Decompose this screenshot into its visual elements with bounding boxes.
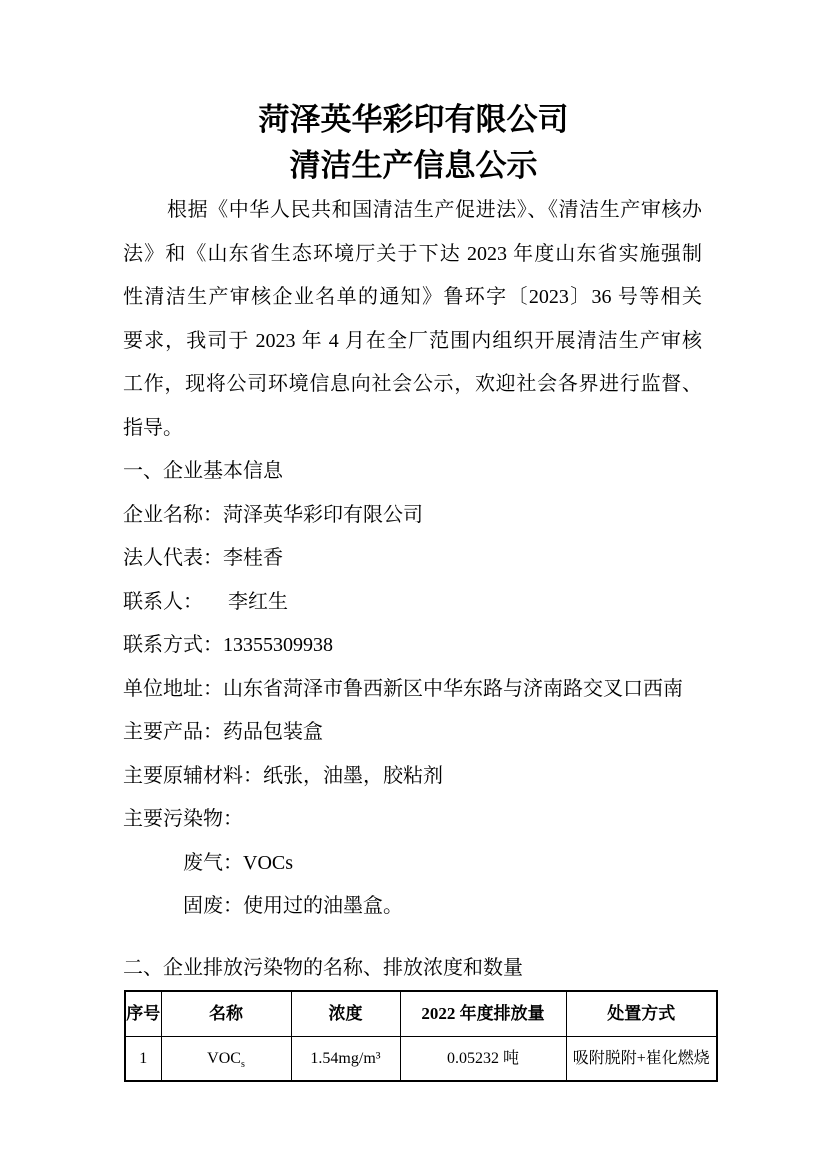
basic-info-section: 一、企业基本信息 企业名称：菏泽英华彩印有限公司 法人代表：李桂香 联系人： 李… xyxy=(123,450,722,929)
cell-emission-2022: 0.05232 吨 xyxy=(400,1036,566,1081)
info-line-contact-person: 联系人： 李红生 xyxy=(123,581,722,625)
intro-line-5: 工作，现将公司环境信息向社会公示，欢迎社会各界进行监督、 xyxy=(123,363,702,407)
emissions-table-header-row: 序号 名称 浓度 2022 年度排放量 处置方式 xyxy=(125,991,717,1036)
info-line-company-name: 企业名称：菏泽英华彩印有限公司 xyxy=(123,494,722,538)
intro-paragraph: 根据《中华人民共和国清洁生产促进法》、《清洁生产审核办 法》和《山东省生态环境厅… xyxy=(123,189,702,450)
emissions-heading: 二、企业排放污染物的名称、排放浓度和数量 xyxy=(123,947,722,991)
cell-treatment: 吸附脱附+崔化燃烧 xyxy=(566,1036,717,1081)
cell-concentration: 1.54mg/m³ xyxy=(291,1036,400,1081)
cell-index: 1 xyxy=(125,1036,161,1081)
document-page: 菏泽英华彩印有限公司 清洁生产信息公示 根据《中华人民共和国清洁生产促进法》、《… xyxy=(0,0,827,1169)
info-line-contact-phone: 联系方式：13355309938 xyxy=(123,624,722,668)
col-header-name: 名称 xyxy=(161,991,291,1036)
document-subtitle: 清洁生产信息公示 xyxy=(0,143,827,189)
emissions-table-row: 1 VOCs 1.54mg/m³ 0.05232 吨 吸附脱附+崔化燃烧 xyxy=(125,1036,717,1081)
pollutant-line-solid-waste: 固废：使用过的油墨盒。 xyxy=(123,885,722,929)
document-title-block: 菏泽英华彩印有限公司 清洁生产信息公示 xyxy=(0,97,827,189)
col-header-index: 序号 xyxy=(125,991,161,1036)
intro-line-1: 根据《中华人民共和国清洁生产促进法》、《清洁生产审核办 xyxy=(123,189,702,233)
col-header-treatment: 处置方式 xyxy=(566,991,717,1036)
info-line-main-product: 主要产品：药品包装盒 xyxy=(123,711,722,755)
intro-line-4: 要求，我司于 2023 年 4 月在全厂范围内组织开展清洁生产审核 xyxy=(123,320,702,364)
emissions-table: 序号 名称 浓度 2022 年度排放量 处置方式 1 VOCs 1.54mg/m… xyxy=(124,990,718,1082)
pollutant-line-waste-gas: 废气：VOCs xyxy=(123,842,722,886)
intro-line-6: 指导。 xyxy=(123,407,702,451)
info-line-raw-materials: 主要原辅材料：纸张，油墨，胶粘剂 xyxy=(123,755,722,799)
basic-info-heading: 一、企业基本信息 xyxy=(123,450,722,494)
company-name-title: 菏泽英华彩印有限公司 xyxy=(0,97,827,143)
cell-pollutant-name: VOCs xyxy=(161,1036,291,1081)
info-line-address: 单位地址：山东省菏泽市鲁西新区中华东路与济南路交叉口西南 xyxy=(123,668,722,712)
intro-line-3: 性清洁生产审核企业名单的通知》鲁环字〔2023〕36 号等相关 xyxy=(123,276,702,320)
pollutant-name-subscript: s xyxy=(241,1059,245,1070)
emissions-section: 二、企业排放污染物的名称、排放浓度和数量 序号 名称 浓度 2022 年度排放量… xyxy=(123,947,722,1083)
col-header-concentration: 浓度 xyxy=(291,991,400,1036)
intro-line-2: 法》和《山东省生态环境厅关于下达 2023 年度山东省实施强制 xyxy=(123,233,702,277)
col-header-emission-2022: 2022 年度排放量 xyxy=(400,991,566,1036)
pollutant-name-base: VOC xyxy=(207,1050,241,1067)
info-line-legal-representative: 法人代表：李桂香 xyxy=(123,537,722,581)
info-line-main-pollutants: 主要污染物： xyxy=(123,798,722,842)
